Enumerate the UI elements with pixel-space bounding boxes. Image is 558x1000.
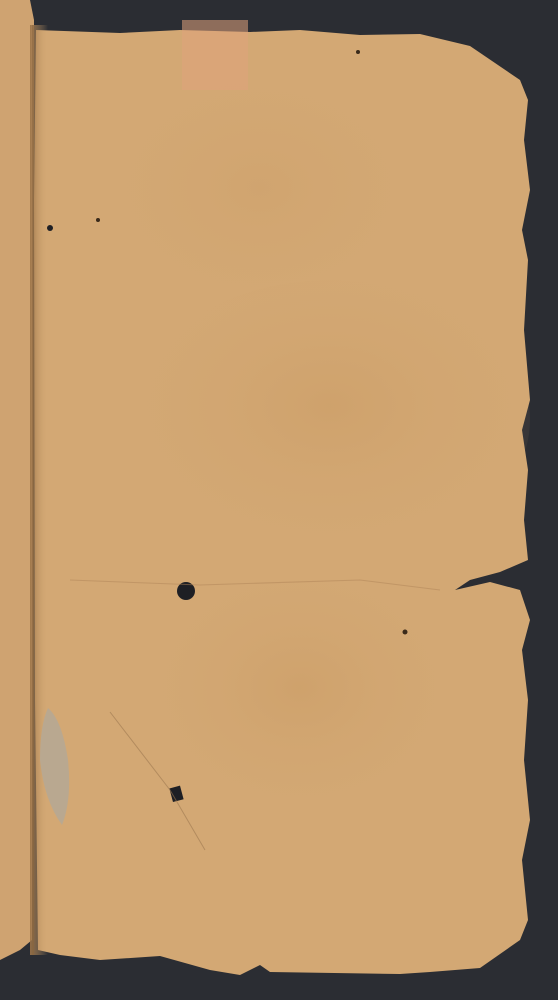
scan-scene — [0, 0, 558, 1000]
left-facing-page — [0, 0, 34, 960]
top-tab — [182, 20, 248, 90]
manuscript-page-illustration — [0, 0, 558, 1000]
